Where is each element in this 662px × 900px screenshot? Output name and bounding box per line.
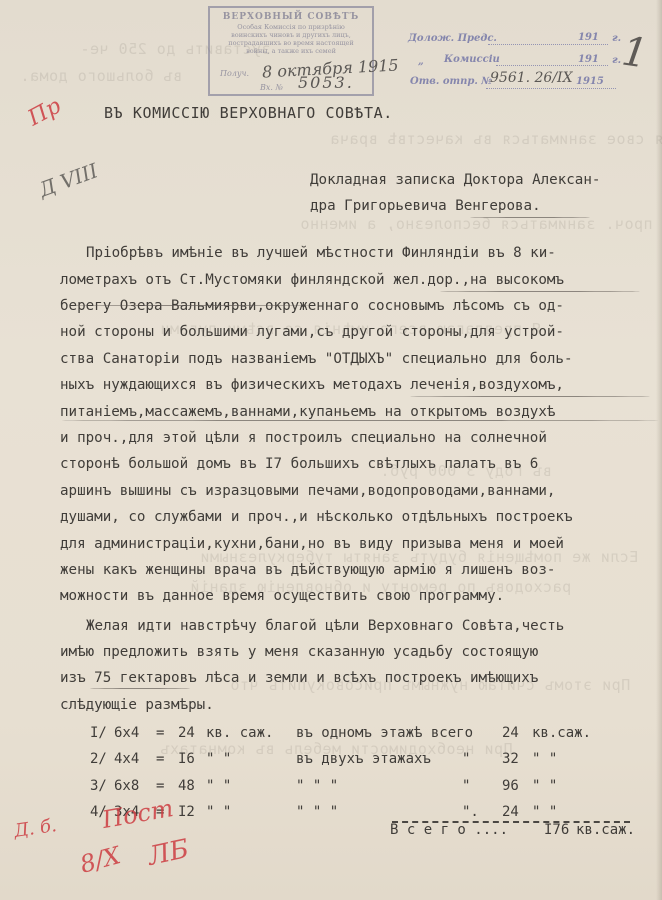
row-area: I6: [178, 751, 195, 767]
stamp-title: ВЕРХОВНЫЙ СОВѢТЪ: [210, 12, 372, 23]
registry-row3-label: Отв. отпр. №: [410, 76, 492, 87]
red-pencil-signature: ЛБ: [145, 834, 191, 872]
bleed-through-text: ем. продолжая свое заниматься въ качеств…: [330, 130, 662, 148]
row-unit: " ": [206, 751, 231, 767]
row-description: въ одномъ этажѣ всего: [296, 725, 473, 741]
pencil-underline: [410, 396, 650, 397]
registry-row1-line: [488, 44, 608, 45]
paragraph-line: берегу Озера Вальмиярви,окруженнаго сосн…: [60, 298, 564, 314]
row-number: I/: [90, 725, 107, 741]
registry-row1-suffix: г.: [612, 33, 621, 44]
registry-row3-line: [486, 88, 616, 89]
row-total-unit: " ": [532, 751, 557, 767]
document-heading: ВЪ КОМИССІЮ ВЕРХОВНАГО СОВѢТА.: [104, 104, 393, 122]
row-dimensions: 6x8: [114, 778, 139, 794]
bleed-through-text: въ большого дома.: [20, 67, 182, 85]
paragraph-line: аршинъ вышины съ изразцовыми печами,водо…: [60, 483, 555, 499]
registry-row2-year: 191: [578, 54, 599, 65]
subtitle-line: Докладная записка Доктора Алексан-: [310, 172, 600, 188]
stamp-received-label: Получ.: [220, 70, 249, 78]
row-total: 96: [502, 778, 519, 794]
row-total: 24: [502, 725, 519, 741]
paragraph-line: можности въ данное время осуществить сво…: [60, 588, 504, 604]
row-area: I2: [178, 804, 195, 820]
paragraph-line: для администраціи,кухни,бани,но въ виду …: [60, 536, 564, 552]
row-number: 2/: [90, 751, 107, 767]
red-pencil-note: Пост: [100, 794, 175, 834]
stamp-line: войны, а также ихъ семей: [210, 47, 372, 55]
stamp-incoming-number: 5053.: [298, 73, 354, 92]
row-dimensions: 6x4: [114, 725, 139, 741]
red-pencil-note: Д. б.: [13, 815, 58, 842]
paragraph-line: душами, со службами и проч.,и нѣсколько …: [60, 509, 573, 525]
row-unit: " ": [206, 778, 231, 794]
pencil-underline: [90, 688, 190, 689]
total-label: В с е г о ....: [390, 822, 508, 838]
red-pencil-note: Пр: [24, 94, 65, 132]
red-pencil-fraction: 8/X: [77, 841, 123, 879]
pencil-underline: [470, 217, 590, 218]
registry-row2-prefix: „: [418, 56, 424, 67]
row-area: 48: [178, 778, 195, 794]
stamp-number-label: Вх. №: [260, 84, 283, 92]
registry-row3-year: 1915: [576, 76, 604, 87]
paragraph-line: слѣдующіе размѣры.: [60, 697, 214, 713]
row-description: " " ": [296, 804, 338, 820]
row-description: въ двухъ этажахъ: [296, 751, 431, 767]
row-equals: =: [156, 751, 164, 767]
sheet-number: 1: [619, 28, 651, 77]
registry-row1-label: Долож. Предс.: [408, 33, 497, 44]
row-dimensions: 4x4: [114, 751, 139, 767]
row-ditto: ": [462, 778, 470, 794]
document-page: зуставить до 250 че- въ большого дома. е…: [0, 0, 662, 900]
paragraph-line: ныхъ нуждающихся въ физическихъ методахъ…: [60, 377, 564, 393]
paragraph-line: ства Санаторіи подъ названіемъ "ОТДЫХЪ" …: [60, 351, 573, 367]
pencil-resolution-note: Д VIII: [36, 158, 101, 201]
registry-row2-line: [496, 65, 608, 66]
row-total: 32: [502, 751, 519, 767]
pencil-underline: [70, 305, 310, 306]
paragraph-line: изъ 75 гектаровъ лѣса и земли и всѣхъ по…: [60, 670, 538, 686]
row-total: 24: [502, 804, 519, 820]
registry-outgoing-number: 9561. 26/IX: [490, 70, 573, 86]
stamp-line: воинскихъ чиновъ и другихъ лицъ,: [210, 31, 372, 39]
registry-row1-year: 191: [578, 32, 599, 43]
paragraph-line: имѣю предложить взять у меня сказанную у…: [60, 644, 538, 660]
row-total-unit: " ": [532, 804, 557, 820]
total-value: I76: [544, 822, 569, 838]
row-ditto: ".: [462, 804, 479, 820]
paragraph-line: сторонѣ большой домъ въ I7 большихъ свѣт…: [60, 456, 538, 472]
row-equals: =: [156, 725, 164, 741]
paragraph-line: и проч.,для этой цѣли я построилъ специа…: [60, 430, 547, 446]
paragraph-line: Желая идти навстрѣчу благой цѣли Верховн…: [86, 618, 564, 634]
row-area: 24: [178, 725, 195, 741]
pencil-underline: [60, 420, 660, 421]
row-ditto: ": [462, 751, 470, 767]
paragraph-line: ной стороны и большими лугами,съ другой …: [60, 324, 564, 340]
paragraph-line: жены какъ женщины врача въ дѣйствующую а…: [60, 562, 555, 578]
stamp-line: пострадавшихъ во время настоящей: [210, 39, 372, 47]
paragraph-line: питаніемъ,массажемъ,ваннами,купаньемъ на…: [60, 404, 555, 420]
paragraph-line: лометрахъ отъ Ст.Мустомяки финляндской ж…: [60, 272, 564, 288]
row-total-unit: кв.саж.: [532, 725, 591, 741]
registry-row2-label: Комиссіи: [444, 54, 500, 65]
pencil-underline: [440, 291, 640, 292]
row-total-unit: " ": [532, 778, 557, 794]
total-unit: кв.саж.: [576, 822, 635, 838]
paragraph-line: Пріобрѣвъ имѣніе въ лучшей мѣстности Фин…: [86, 245, 556, 261]
stamp-line: Особая Комиссія по призрѣнію: [210, 23, 372, 31]
row-equals: =: [156, 778, 164, 794]
row-unit: кв. саж.: [206, 725, 273, 741]
row-description: " " ": [296, 778, 338, 794]
subtitle-line: дра Григорьевича Венгерова.: [310, 198, 541, 214]
row-number: 3/: [90, 778, 107, 794]
row-unit: " ": [206, 804, 231, 820]
